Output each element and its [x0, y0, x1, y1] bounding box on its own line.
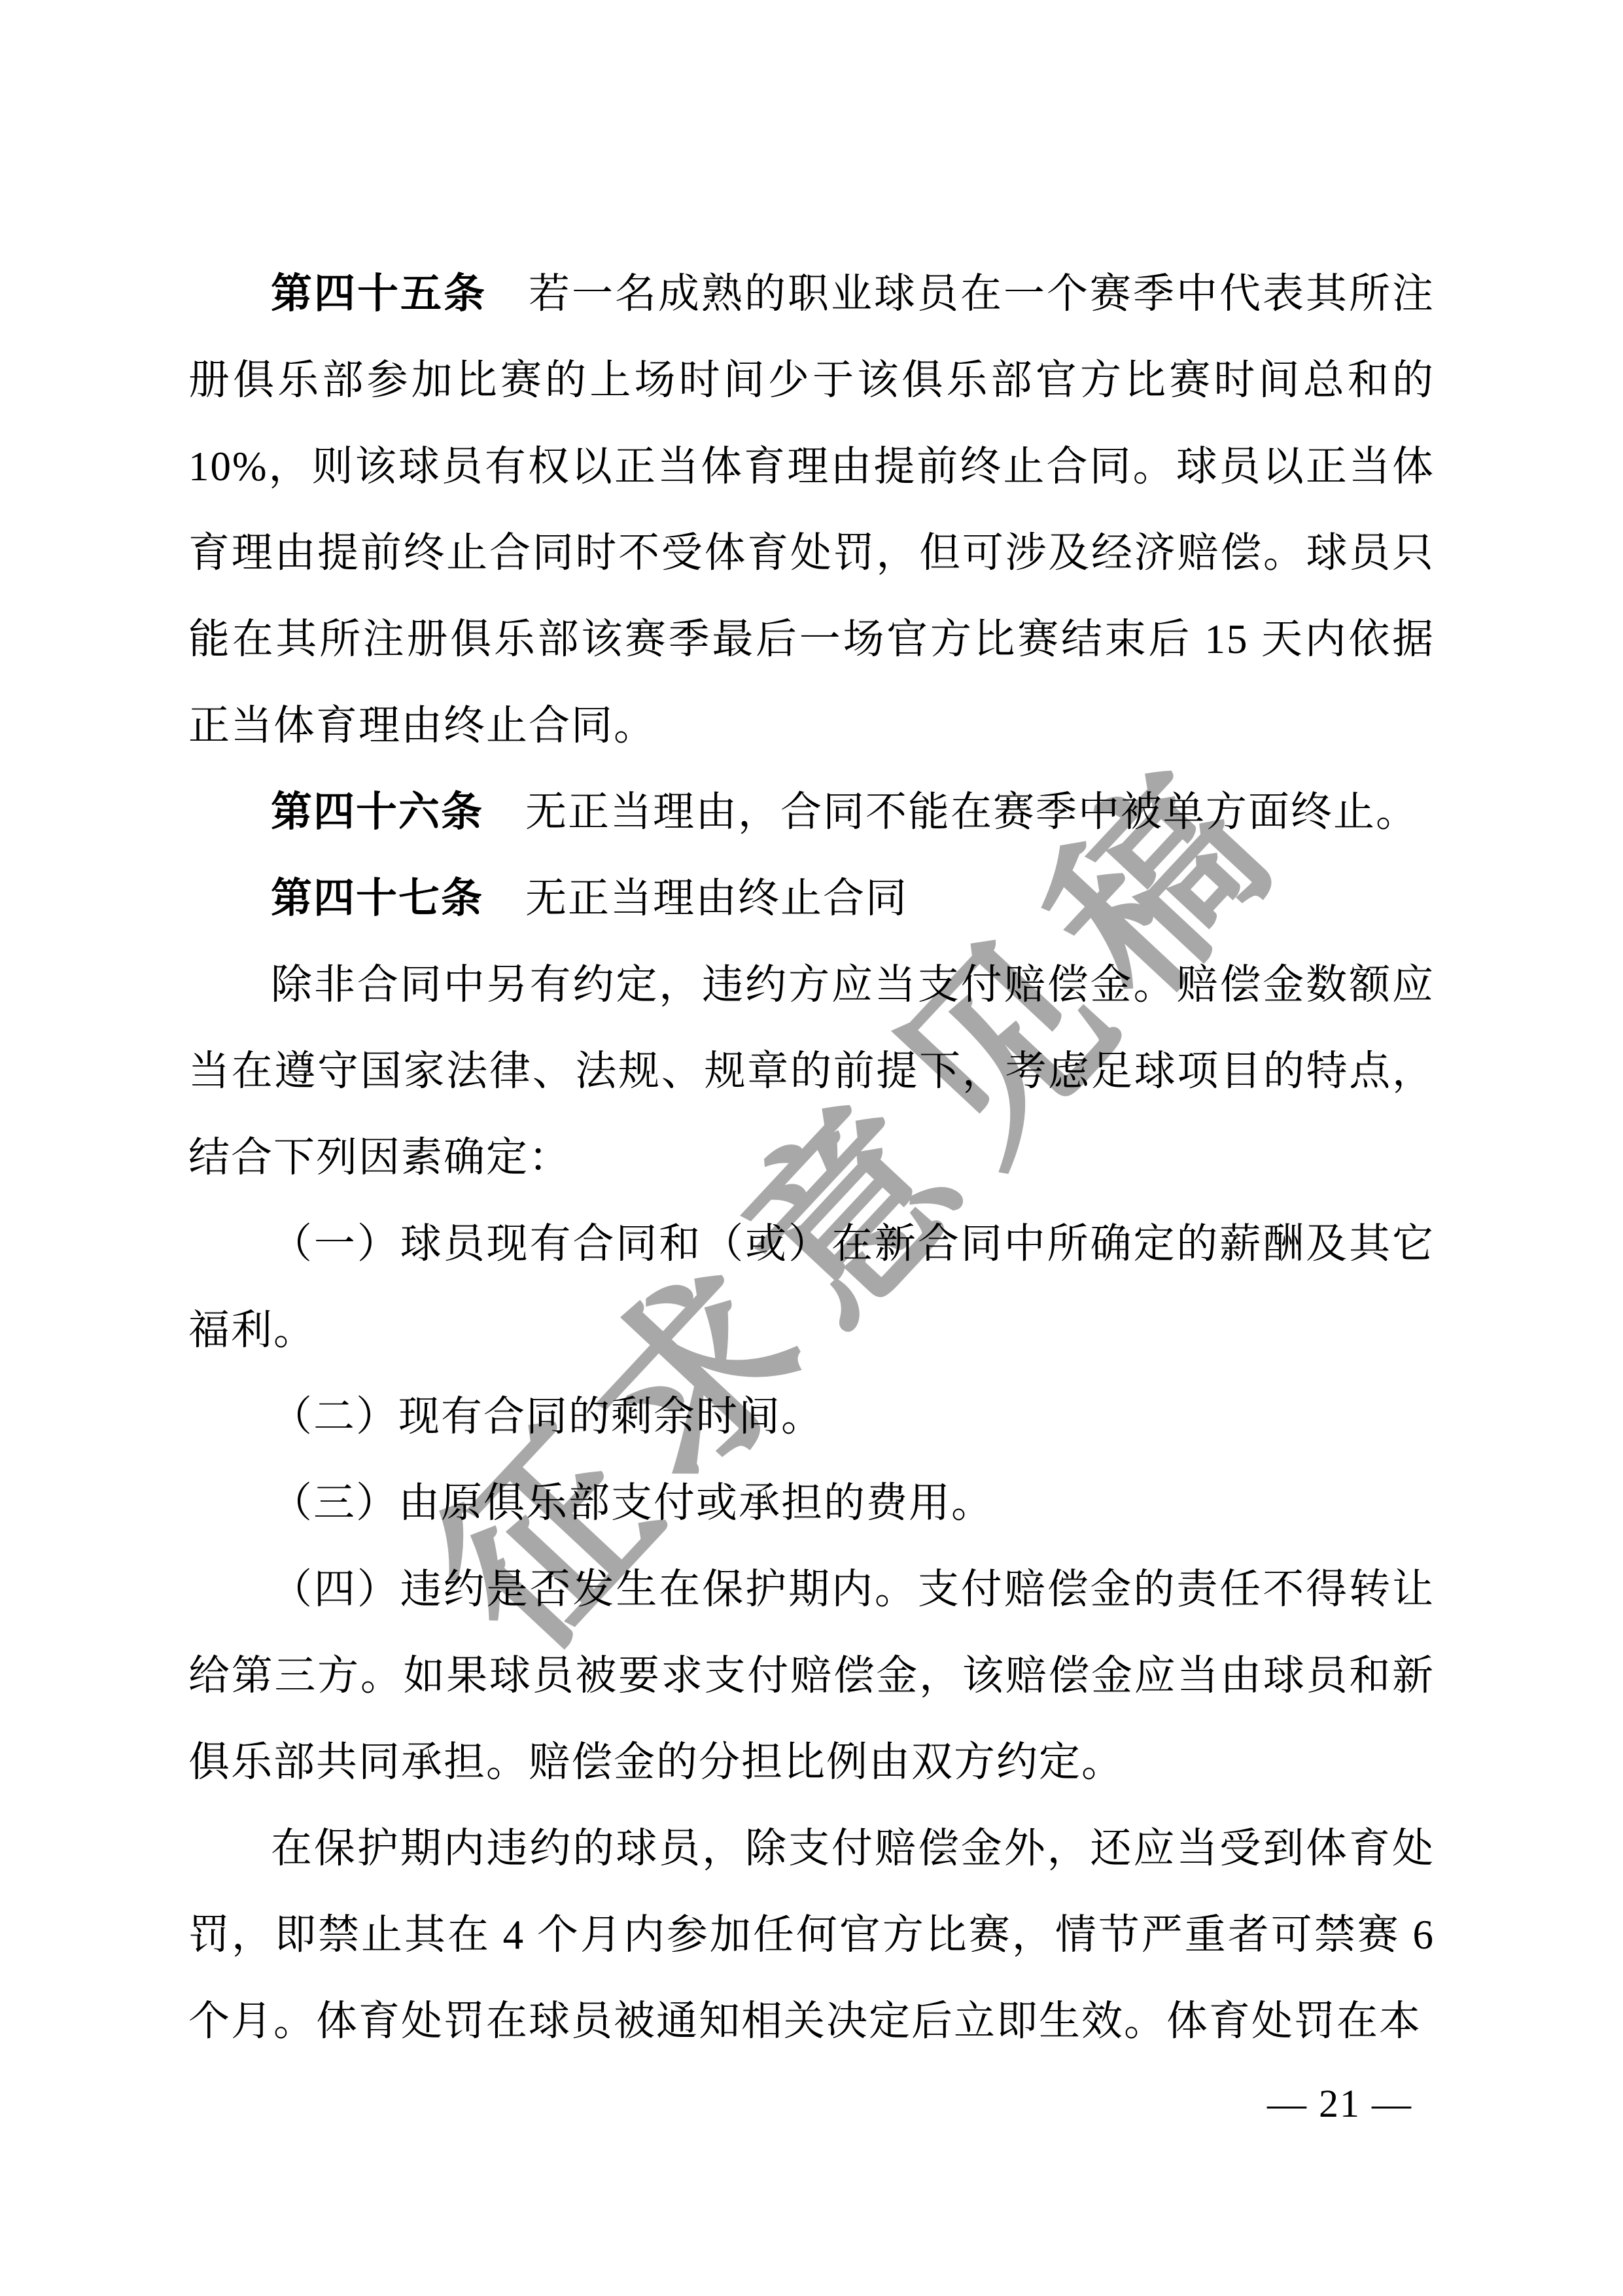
compensation-intro-text: 除非合同中另有约定，违约方应当支付赔偿金。赔偿金数额应当在遵守国家法律、法规、规…: [188, 962, 1435, 1180]
protected-period-text: 在保护期内违约的球员，除支付赔偿金外，还应当受到体育处罚，即禁止其在 4 个月内…: [188, 1826, 1435, 2044]
article-46-paragraph: 第四十六条无正当理由，合同不能在赛季中被单方面终止。: [188, 769, 1435, 855]
factor-item-4-text: （四）违约是否发生在保护期内。支付赔偿金的责任不得转让给第三方。如果球员被要求支…: [188, 1566, 1435, 1785]
article-45-paragraph: 第四十五条若一名成熟的职业球员在一个赛季中代表其所注册俱乐部参加比赛的上场时间少…: [188, 251, 1435, 769]
compensation-intro-paragraph: 除非合同中另有约定，违约方应当支付赔偿金。赔偿金数额应当在遵守国家法律、法规、规…: [188, 942, 1435, 1201]
factor-item-2: （二）现有合同的剩余时间。: [188, 1373, 1435, 1460]
article-47-paragraph: 第四十七条无正当理由终止合同: [188, 855, 1435, 942]
article-47-text: 无正当理由终止合同: [525, 875, 908, 921]
article-46-heading: 第四十六条: [271, 789, 483, 835]
factor-item-1: （一）球员现有合同和（或）在新合同中所确定的薪酬及其它福利。: [188, 1201, 1435, 1373]
factor-item-3-text: （三）由原俱乐部支付或承担的费用。: [271, 1480, 994, 1526]
factor-item-2-text: （二）现有合同的剩余时间。: [271, 1394, 824, 1439]
article-45-heading: 第四十五条: [271, 271, 487, 317]
page-number: — 21 —: [1267, 2079, 1412, 2128]
article-47-heading: 第四十七条: [271, 875, 483, 921]
factor-item-1-text: （一）球员现有合同和（或）在新合同中所确定的薪酬及其它福利。: [188, 1221, 1435, 1353]
article-45-text: 若一名成熟的职业球员在一个赛季中代表其所注册俱乐部参加比赛的上场时间少于该俱乐部…: [188, 271, 1435, 749]
document-page: 征求意见稿 第四十五条若一名成熟的职业球员在一个赛季中代表其所注册俱乐部参加比赛…: [0, 0, 1623, 2296]
factor-item-4: （四）违约是否发生在保护期内。支付赔偿金的责任不得转让给第三方。如果球员被要求支…: [188, 1546, 1435, 1805]
article-46-text: 无正当理由，合同不能在赛季中被单方面终止。: [525, 789, 1418, 835]
document-body: 第四十五条若一名成熟的职业球员在一个赛季中代表其所注册俱乐部参加比赛的上场时间少…: [188, 251, 1435, 2064]
protected-period-paragraph: 在保护期内违约的球员，除支付赔偿金外，还应当受到体育处罚，即禁止其在 4 个月内…: [188, 1805, 1435, 2064]
factor-item-3: （三）由原俱乐部支付或承担的费用。: [188, 1460, 1435, 1546]
